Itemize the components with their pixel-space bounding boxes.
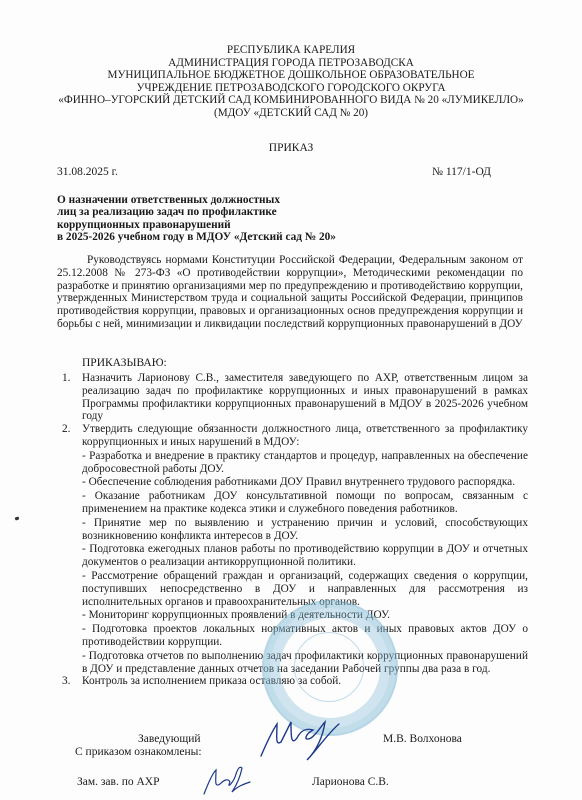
order-item: 3. Контроль за исполнением приказа остав…	[62, 675, 528, 688]
duties-list: - Разработка и внедрение в практику стан…	[82, 450, 528, 676]
document-type: ПРИКАЗ	[0, 142, 582, 154]
header-line: АДМИНИСТРАЦИЯ ГОРОДА ПЕТРОЗАВОДСКА	[0, 57, 582, 70]
preamble-text: Руководствуясь нормами Конституции Росси…	[57, 254, 523, 331]
order-subject: О назначении ответственных должностных л…	[57, 194, 336, 244]
order-item: 1. Назначить Ларионову С.В., заместителя…	[62, 372, 528, 423]
duty-item: - Подготовка ежегодных планов работы по …	[82, 543, 528, 569]
acknowledged-label: С приказом ознакомлены:	[75, 746, 202, 758]
header-line: УЧРЕЖДЕНИЕ ПЕТРОЗАВОДСКОГО ГОРОДСКОГО ОК…	[0, 82, 582, 95]
deputy-name: Ларионова С.В.	[312, 776, 389, 788]
head-name: М.В. Волхонова	[383, 733, 462, 745]
item-text: Контроль за исполнением приказа оставляю…	[82, 675, 341, 687]
subject-line: лиц за реализацию задач по профилактике	[57, 206, 336, 218]
margin-mark	[15, 516, 20, 520]
duty-item: - Оказание работникам ДОУ консультативно…	[82, 490, 528, 516]
duty-item: - Подготовка проектов локальных норматив…	[82, 623, 528, 649]
head-signature-icon	[255, 712, 345, 768]
header-line: (МДОУ «ДЕТСКИЙ САД № 20)	[0, 107, 582, 120]
header-line: «ФИННО–УГОРСКИЙ ДЕТСКИЙ САД КОМБИНИРОВАН…	[0, 94, 582, 107]
item-text: Утвердить следующие обязанности должност…	[82, 423, 528, 448]
duty-item: - Принятие мер по выявлению и устранению…	[82, 517, 528, 543]
head-title: Заведующий	[138, 733, 201, 745]
subject-line: О назначении ответственных должностных	[57, 194, 336, 206]
duty-item: - Мониторинг коррупционных проявлений в …	[82, 609, 528, 622]
header-line: РЕСПУБЛИКА КАРЕЛИЯ	[0, 44, 582, 57]
deputy-title: Зам. зав. по АХР	[77, 776, 160, 788]
preamble: Руководствуясь нормами Конституции Росси…	[57, 254, 523, 331]
duty-item: - Подготовка отчетов по выполнению задач…	[82, 650, 528, 676]
organization-header: РЕСПУБЛИКА КАРЕЛИЯ АДМИНИСТРАЦИЯ ГОРОДА …	[0, 44, 582, 120]
order-items: 1. Назначить Ларионову С.В., заместителя…	[62, 372, 528, 688]
order-word: ПРИКАЗЫВАЮ:	[82, 357, 167, 369]
duty-item: - Разработка и внедрение в практику стан…	[82, 450, 528, 476]
document-page: РЕСПУБЛИКА КАРЕЛИЯ АДМИНИСТРАЦИЯ ГОРОДА …	[0, 0, 582, 800]
item-number: 2.	[62, 423, 70, 436]
order-item: 2. Утвердить следующие обязанности должн…	[62, 423, 528, 675]
item-number: 3.	[62, 675, 70, 688]
duty-item: - Рассмотрение обращений граждан и орган…	[82, 570, 528, 608]
header-line: МУНИЦИПАЛЬНОЕ БЮДЖЕТНОЕ ДОШКОЛЬНОЕ ОБРАЗ…	[0, 69, 582, 82]
subject-line: коррупционных правонарушений	[57, 219, 336, 231]
order-date: 31.08.2025 г.	[57, 166, 118, 178]
item-text: Назначить Ларионову С.В., заместителя за…	[82, 372, 528, 422]
subject-line: в 2025-2026 учебном году в МДОУ «Детский…	[57, 231, 336, 243]
item-number: 1.	[62, 372, 70, 385]
order-number: № 117/1-ОД	[432, 166, 491, 178]
duty-item: - Обеспечение соблюдения работниками ДОУ…	[82, 476, 528, 489]
deputy-signature-icon	[200, 760, 252, 798]
